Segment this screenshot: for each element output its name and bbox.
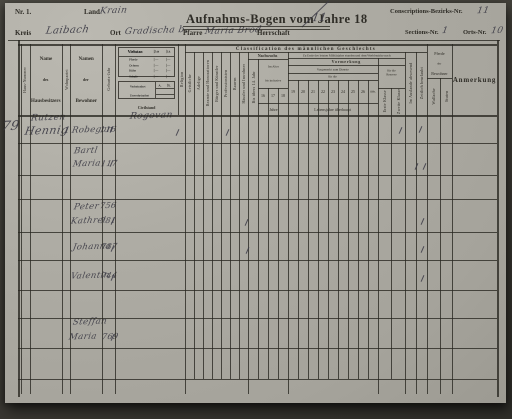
kreis-label: Kreis [15, 29, 31, 37]
besitzer-line1: Name [40, 56, 52, 62]
form-title-year: 11 [311, 11, 328, 25]
grid-line-vertical [378, 58, 379, 394]
vormerkung-age-19: 19 [288, 80, 298, 103]
class-col-geistliche: Geistliche [185, 52, 194, 115]
pfarre-label: Pfarre [183, 29, 202, 37]
col-header-anmerkung: Anmerkung [452, 44, 497, 115]
grid-line-vertical [212, 52, 213, 379]
entry-resident-name: Peter [73, 202, 100, 213]
grid-line-vertical [115, 44, 116, 394]
viehstand-col-zahl: Zahl [154, 50, 159, 54]
civil-col-zl: Zl. [167, 84, 171, 86]
grid-line-vertical [318, 80, 319, 379]
viehstand-row-label: Schafe [128, 75, 140, 79]
ort-label: Ort [110, 29, 121, 37]
grid-line-horizontal [18, 379, 497, 380]
grid-line-horizontal [18, 348, 497, 349]
vormerkung-age-23: 23 [328, 80, 338, 103]
grid-line-horizontal [18, 290, 497, 291]
viehstand-header-row: Viehstand: Zahl Lit. [119, 48, 174, 57]
reserve-label-cell: für die Reserve [378, 58, 405, 88]
reserve-col-1: Erste Klasse [378, 88, 391, 115]
dash: — [154, 75, 159, 79]
vormerkung-line3: Vorgemerkt zum Dienste [317, 67, 349, 71]
class-col-label: Beamte und Honoratioren [205, 60, 210, 106]
grid-line-horizontal [248, 59, 288, 60]
vormerkung-age-22: 22 [318, 80, 328, 103]
vormerkung-ueberhaupt: übh. [368, 80, 378, 103]
grid-line-horizontal [18, 44, 497, 46]
age-label: übh. [370, 90, 376, 94]
grid-line-vertical [230, 52, 231, 379]
pferde-col-label: Stuten [444, 91, 449, 102]
grid-line-vertical [221, 52, 222, 379]
age-label: 20 [301, 89, 305, 94]
anmerkung-label: Anmerkung [453, 76, 496, 84]
grid-line-vertical [440, 78, 441, 394]
reserve-col-label: Erste Klasse [382, 90, 387, 112]
grid-line-horizontal [288, 103, 378, 104]
entry-resident-name: Maria [68, 332, 98, 343]
abwesend-col-ausland: Im Auslande abwesend [405, 52, 416, 115]
age-label: 18 [281, 93, 285, 98]
vormerkung-line4-cell: für die [288, 73, 378, 80]
nachwuchs-left-col: Bis übers 14. Jahr [248, 59, 258, 115]
grid-line-vertical [298, 80, 299, 379]
grid-line-vertical [70, 44, 71, 394]
kreis-value: Laibach [45, 24, 90, 36]
vormerkung-line1: Zu Ende des letzten Militärjahrs standen… [303, 53, 391, 57]
viehstand-title: Viehstand: [127, 50, 143, 55]
col-header-bewohner: Namen der Bewohner [70, 48, 102, 111]
col-header-hausbesitzer: Name des Hausbesitzers [30, 48, 62, 111]
bewohner-line2: der [83, 77, 89, 82]
grid-line-horizontal [18, 199, 497, 200]
reserve-col-label: Zweite Klasse [396, 89, 401, 114]
pferde-col-2: Stuten [440, 78, 452, 115]
class-col-label: Professionisten [223, 70, 228, 97]
nachwuchs-left-label: Bis übers 14. Jahr [251, 71, 256, 103]
classification-title: Classification des männlichen Geschlecht… [236, 45, 376, 51]
nachwuchs-title: Nachwuchs [258, 53, 278, 58]
age-label: 26 [361, 89, 365, 94]
bewohner-line1: Namen [78, 56, 93, 62]
col-header-wohnpartei: Wohnpartei [62, 44, 70, 115]
nachwuchs-subtitle-cell: Im Alter bis inclusive [258, 59, 288, 88]
reserve-label: für die Reserve [386, 69, 397, 77]
grid-line-vertical [258, 59, 259, 379]
besitzer-line3: Hausbesitzers [31, 98, 60, 104]
nachwuchs-age-18: 18 [278, 88, 288, 103]
land-value: Krain [99, 6, 128, 17]
grid-line-horizontal [288, 65, 405, 66]
grid-line-vertical [21, 44, 22, 394]
pferde-line2: der [437, 61, 441, 65]
grid-line-vertical [18, 40, 20, 397]
form-number: Nr. 1. [15, 8, 31, 16]
nachwuchs-age-17: 17 [268, 88, 278, 103]
age-label: 22 [321, 89, 325, 94]
grid-line-vertical [178, 44, 179, 115]
viehstand-col-lit: Lit. [166, 50, 170, 54]
vormerkung-line4: für die [329, 75, 337, 79]
abwesend-col-beurlaubt: Zeitlich beurlaubt [416, 52, 427, 115]
nachwuchs-footer-cell: Jahre [258, 103, 288, 115]
pferde-line3: Bewohner [431, 71, 447, 76]
vormerkung-line3-cell: Vorgemerkt zum Dienste [288, 65, 378, 73]
grid-line-vertical [194, 52, 195, 379]
viehstand-box: Viehstand: Zahl Lit. Pferde—— Ochsen—— K… [118, 47, 175, 77]
grid-line-vertical [203, 52, 204, 379]
bewohner-line3: Bewohner [75, 98, 96, 104]
grid-line-horizontal [18, 318, 497, 319]
vormerkung-age-20: 20 [298, 80, 308, 103]
vormerkung-line2: Vormerkung [332, 59, 361, 64]
grid-line-horizontal [288, 73, 378, 74]
grid-line-horizontal [18, 260, 497, 261]
dash: — [166, 69, 170, 73]
vormerkung-age-26: 26 [358, 80, 368, 103]
grid-line-horizontal [18, 115, 497, 117]
class-col-buerger: Bürger und Künstler [212, 52, 221, 115]
pferde-col-1: Wallache [427, 78, 440, 115]
civil-row-label: Unverheirathet [130, 94, 144, 98]
pferde-col-label: Wallache [431, 88, 436, 104]
col-header-religion: Religion [178, 44, 185, 115]
grid-line-vertical [391, 88, 392, 379]
conscription-label: Conscriptions-Bezirks-Nr. [390, 8, 463, 15]
class-col-bauern: Bauern [230, 52, 239, 115]
entry-resident-name: Maria [72, 159, 102, 170]
class-col-haeusler: Häusler und Inwohner [239, 52, 248, 115]
grid-line-horizontal [18, 232, 497, 233]
grid-line-vertical [497, 40, 499, 397]
grid-line-vertical [358, 80, 359, 379]
col-header-geburtsjahr: Geburts-Jahr [102, 44, 115, 115]
age-label: 17 [271, 93, 275, 98]
nachwuchs-title-cell: Nachwuchs [248, 52, 288, 59]
class-col-label: Häusler und Inwohner [241, 64, 246, 104]
viehstand-row: Schafe—— [119, 74, 174, 80]
grid-line-vertical [328, 80, 329, 379]
orts-value: 10 [490, 26, 504, 36]
grid-line-vertical [338, 80, 339, 379]
civilstand-box: Verheirathet Unverheirathet Verwitwet A.… [118, 81, 175, 99]
grid-line-vertical [368, 80, 369, 379]
grid-line-horizontal [258, 103, 288, 104]
wohnpartei-label: Wohnpartei [64, 69, 69, 90]
grid-line-vertical [30, 44, 31, 394]
dash: — [166, 63, 170, 67]
dash: — [166, 75, 170, 79]
civil-grid-cell [156, 89, 174, 95]
form-title: Aufnahms-Bogen vom Jahre 18 [186, 12, 368, 27]
dash: — [154, 63, 159, 67]
grid-line-vertical [185, 44, 186, 394]
civil-col-a: A. [158, 84, 161, 86]
vormerkung-age-24: 24 [338, 80, 348, 103]
vormerkung-footer: Lebensjahre überhaupt [315, 107, 352, 112]
dash: — [166, 58, 170, 62]
age-label: 21 [311, 89, 315, 94]
civilstand-label: Civilstand [138, 105, 156, 110]
grid-line-vertical [239, 52, 240, 379]
abwesend-label: Zeitlich beurlaubt [419, 67, 424, 99]
age-label: 23 [331, 89, 335, 94]
herrschaft-label: Herrschaft [257, 29, 290, 37]
grid-line-horizontal [183, 29, 330, 30]
grid-line-vertical [348, 80, 349, 379]
grid-line-horizontal [8, 40, 500, 41]
grid-line-horizontal [258, 88, 288, 89]
grid-line-horizontal [288, 58, 405, 59]
grid-line-horizontal [183, 26, 330, 27]
class-col-professionisten: Professionisten [221, 52, 230, 115]
col-header-haus-nummer: Haus-Nummer [18, 44, 30, 115]
class-col-label: Bürger und Künstler [214, 65, 219, 102]
class-col-label: Adelige [196, 76, 201, 90]
grid-line-horizontal [378, 88, 405, 89]
civil-row-label: Verheirathet [130, 85, 144, 89]
nachwuchs-footer: Jahre [269, 107, 277, 112]
grid-line-vertical [248, 52, 249, 394]
grid-line-vertical [427, 44, 428, 394]
vormerkung-age-25: 25 [348, 80, 358, 103]
religion-label: Religion [179, 72, 184, 87]
abwesend-label: Im Auslande abwesend [408, 63, 413, 104]
sections-label: Sections-Nr. [405, 29, 439, 36]
geburtsjahr-label: Geburts-Jahr [106, 68, 111, 91]
grid-line-vertical [102, 44, 103, 394]
grid-line-horizontal [18, 143, 497, 144]
dash: — [154, 69, 159, 73]
class-col-beamte: Beamte und Honoratioren [203, 52, 212, 115]
orts-label: Orts-Nr. [463, 29, 486, 36]
grid-line-horizontal [288, 80, 378, 81]
nachwuchs-sub1: Im Alter [268, 64, 279, 68]
dash: — [154, 58, 159, 62]
nachwuchs-age-16: 16 [258, 88, 268, 103]
nachwuchs-sub2: bis inclusive [265, 79, 281, 83]
land-label: Land [84, 8, 100, 16]
grid-line-vertical [62, 44, 63, 394]
conscription-value: 11 [476, 6, 490, 16]
grid-line-vertical [416, 52, 417, 394]
age-label: 19 [291, 89, 295, 94]
grid-line-vertical [405, 52, 406, 394]
pferde-line1: Pferde [434, 51, 444, 56]
scanned-census-form: Nr. 1. Land Krain Conscriptions-Bezirks-… [0, 0, 512, 419]
reserve-col-2: Zweite Klasse [391, 88, 405, 115]
age-label: 16 [261, 93, 265, 98]
grid-line-vertical [278, 88, 279, 379]
age-label: 25 [351, 89, 355, 94]
class-col-label: Geistliche [187, 74, 192, 92]
viehstand-row-label: Kühe [128, 69, 140, 73]
entry-resident-name: Bartl [73, 146, 98, 157]
grid-line-vertical [268, 88, 269, 379]
class-col-label: Bauern [232, 77, 237, 90]
grid-line-horizontal [427, 78, 452, 79]
class-col-adelige: Adelige [194, 52, 203, 115]
grid-line-horizontal [185, 52, 427, 53]
grid-line-vertical [308, 80, 309, 379]
pferde-header-cell: Pferde der Bewohner [427, 48, 452, 78]
vormerkung-age-21: 21 [308, 80, 318, 103]
viehstand-row-label: Ochsen [128, 63, 140, 67]
age-label: 24 [341, 89, 345, 94]
grid-line-vertical [452, 44, 453, 394]
grid-line-horizontal [18, 175, 497, 176]
besitzer-line2: des [43, 77, 49, 82]
viehstand-row-label: Pferde [128, 58, 140, 62]
col-header-haus-nummer-label: Haus-Nummer [22, 67, 27, 93]
vormerkung-footer-cell: Lebensjahre überhaupt [288, 103, 378, 115]
